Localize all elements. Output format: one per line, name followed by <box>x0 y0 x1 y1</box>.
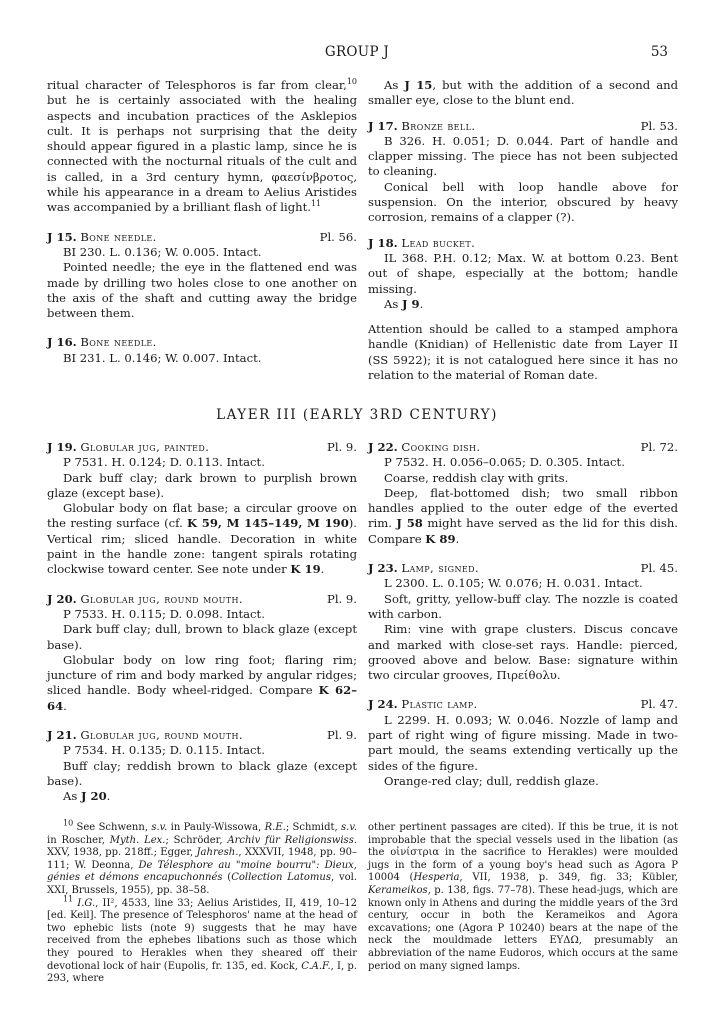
text: . <box>107 789 111 803</box>
catalog-entry-j23: J 23. Lamp, signed. Pl. 45. L 2300. L. 0… <box>368 561 678 683</box>
text: As <box>384 297 402 311</box>
cross-ref[interactable]: J 58 <box>396 516 422 530</box>
cross-ref[interactable]: J 9 <box>402 297 420 311</box>
text: Kerameikos <box>368 885 428 896</box>
entry-name: Bone needle. <box>80 335 156 349</box>
text: As <box>63 789 81 803</box>
catalog-entry-j15: J 15. Bone needle. Pl. 56. BI 230. L. 0.… <box>47 230 357 322</box>
entry-catalog: P 7534. H. 0.135; D. 0.115. Intact. <box>47 743 357 758</box>
cross-ref[interactable]: K 89 <box>425 532 455 546</box>
entry-description: Conical bell with loop handle above for … <box>368 180 678 226</box>
bottom-left-column: J 19. Globular jug, painted. Pl. 9. P 75… <box>47 440 357 805</box>
plate-ref: Pl. 9. <box>327 440 357 455</box>
entry-number: J 22. <box>368 440 398 454</box>
text: s.v. <box>151 822 167 833</box>
catalog-entry-j19: J 19. Globular jug, painted. Pl. 9. P 75… <box>47 440 357 578</box>
entry-catalog: L 2300. L. 0.105; W. 0.076; H. 0.031. In… <box>368 576 678 591</box>
entry-fabric: Dark buff clay; dark brown to purplish b… <box>47 471 357 502</box>
bottom-right-column: J 22. Cooking dish. Pl. 72. P 7532. H. 0… <box>368 440 678 789</box>
entry-as-note: As J 9. <box>368 297 678 312</box>
entry-heading: J 24. Plastic lamp. Pl. 47. <box>368 697 678 712</box>
footnote-number: 11 <box>63 894 73 903</box>
text: XXV, 1938, pp. 218ff.; Egger, <box>47 847 197 858</box>
text: ritual character of Telesphoros is far f… <box>47 78 347 92</box>
plate-ref: Pl. 45. <box>641 561 678 576</box>
entry-description: Rim: vine with grape clusters. Discus co… <box>368 622 678 683</box>
text: Jahresh. <box>197 847 239 858</box>
text: ( <box>223 872 232 883</box>
entry-number: J 21. <box>47 728 77 742</box>
text: ; Schmidt, <box>286 822 341 833</box>
entry-number: J 18. <box>368 236 398 250</box>
telesphoros-paragraph: ritual character of Telesphoros is far f… <box>47 78 357 216</box>
section-heading: LAYER III (EARLY 3RD CENTURY) <box>0 407 714 423</box>
entry-name: Lamp, signed. <box>401 561 479 575</box>
entry-heading: J 21. Globular jug, round mouth. Pl. 9. <box>47 728 357 743</box>
text: I.G. <box>77 898 95 909</box>
catalog-entry-j24: J 24. Plastic lamp. Pl. 47. L 2299. H. 0… <box>368 697 678 789</box>
plate-ref: Pl. 9. <box>327 592 357 607</box>
entry-name: Globular jug, round mouth. <box>80 592 243 606</box>
catalog-entry-j16: J 16. Bone needle. BI 231. L. 0.146; W. … <box>47 335 357 366</box>
entry-number: J 16. <box>47 335 77 349</box>
text: . <box>321 562 325 576</box>
entry-catalog: B 326. H. 0.051; D. 0.044. Part of handl… <box>368 134 678 180</box>
catalog-entry-j21: J 21. Globular jug, round mouth. Pl. 9. … <box>47 728 357 804</box>
footnotes-left: 10 See Schwenn, s.v. in Pauly-Wissowa, R… <box>47 822 357 986</box>
text: . <box>420 297 424 311</box>
entry-catalog: P 7532. H. 0.056–0.065; D. 0.305. Intact… <box>368 455 678 470</box>
page-title: GROUP J <box>0 44 714 60</box>
text: s.v. <box>341 822 357 833</box>
catalog-entry-j20: J 20. Globular jug, round mouth. Pl. 9. … <box>47 592 357 714</box>
entry-catalog: IL 368. P.H. 0.12; Max. W. at bottom 0.2… <box>368 251 678 297</box>
entry-catalog: BI 231. L. 0.146; W. 0.007. Intact. <box>47 351 357 366</box>
entry-fabric: Orange-red clay; dull, reddish glaze. <box>368 774 678 789</box>
j16-note: As J 15, but with the addition of a seco… <box>368 78 678 109</box>
entry-number: J 19. <box>47 440 77 454</box>
text: . <box>63 699 67 713</box>
entry-name: Globular jug, painted. <box>80 440 209 454</box>
plate-ref: Pl. 47. <box>641 697 678 712</box>
text: . <box>456 532 460 546</box>
entry-name: Plastic lamp. <box>401 697 477 711</box>
entry-catalog: BI 230. L. 0.136; W. 0.005. Intact. <box>47 245 357 260</box>
text: , p. 138, figs. 77–78). These head-jugs,… <box>368 885 678 972</box>
footnote-ref-11[interactable]: 11 <box>311 200 321 209</box>
footnote-10: 10 See Schwenn, s.v. in Pauly-Wissowa, R… <box>47 822 357 898</box>
entry-number: J 24. <box>368 697 398 711</box>
text: in Pauly-Wissowa, <box>167 822 264 833</box>
entry-name: Bronze bell. <box>401 119 475 133</box>
entry-number: J 17. <box>368 119 398 133</box>
cross-ref[interactable]: J 20 <box>81 789 107 803</box>
catalog-entry-j17: J 17. Bronze bell. Pl. 53. B 326. H. 0.0… <box>368 119 678 226</box>
entry-name: Bone needle. <box>80 230 156 244</box>
entry-description: Pointed needle; the eye in the flattened… <box>47 260 357 321</box>
text: Hesperia <box>413 872 459 883</box>
running-head: GROUP J 53 <box>0 44 714 64</box>
footnote-ref-10[interactable]: 10 <box>347 77 357 86</box>
entry-heading: J 17. Bronze bell. Pl. 53. <box>368 119 678 134</box>
text: R.E. <box>265 822 286 833</box>
text: ; Schröder, <box>165 835 227 846</box>
entry-heading: J 22. Cooking dish. Pl. 72. <box>368 440 678 455</box>
entry-fabric: Coarse, reddish clay with grits. <box>368 471 678 486</box>
entry-number: J 15. <box>47 230 77 244</box>
entry-heading: J 18. Lead bucket. <box>368 236 678 251</box>
entry-name: Cooking dish. <box>401 440 480 454</box>
text: Archiv für Religionswiss. <box>227 835 357 846</box>
text: , VII, 1938, p. 349, fig. 33; Kübler, <box>459 872 678 883</box>
entry-heading: J 19. Globular jug, painted. Pl. 9. <box>47 440 357 455</box>
entry-fabric: Buff clay; reddish brown to black glaze … <box>47 759 357 790</box>
entry-heading: J 15. Bone needle. Pl. 56. <box>47 230 357 245</box>
text: C.A.F. <box>301 961 330 972</box>
entry-heading: J 20. Globular jug, round mouth. Pl. 9. <box>47 592 357 607</box>
entry-catalog: P 7531. H. 0.124; D. 0.113. Intact. <box>47 455 357 470</box>
cross-ref[interactable]: K 19 <box>290 562 320 576</box>
text: See Schwenn, <box>73 822 151 833</box>
catalog-entry-j18: J 18. Lead bucket. IL 368. P.H. 0.12; Ma… <box>368 236 678 312</box>
top-left-column: ritual character of Telesphoros is far f… <box>47 78 357 366</box>
cross-ref[interactable]: J 15 <box>404 78 432 92</box>
entry-heading: J 16. Bone needle. <box>47 335 357 350</box>
plate-ref: Pl. 72. <box>641 440 678 455</box>
entry-number: J 20. <box>47 592 77 606</box>
cross-ref[interactable]: K 59, M 145–149, M 190 <box>187 516 349 530</box>
entry-heading: J 23. Lamp, signed. Pl. 45. <box>368 561 678 576</box>
attention-note: Attention should be called to a stamped … <box>368 322 678 383</box>
entry-fabric: Dark buff clay; dull, brown to black gla… <box>47 622 357 653</box>
entry-as-note: As J 20. <box>47 789 357 804</box>
entry-description: Globular body on flat base; a circular g… <box>47 501 357 577</box>
top-right-column: As J 15, but with the addition of a seco… <box>368 78 678 383</box>
plate-ref: Pl. 56. <box>320 230 357 245</box>
entry-catalog: L 2299. H. 0.093; W. 0.046. Nozzle of la… <box>368 713 678 774</box>
plate-ref: Pl. 53. <box>641 119 678 134</box>
text: but he is certainly associated with the … <box>47 93 357 214</box>
footnote-11: 11 I.G., II², 4533, line 33; Aelius Aris… <box>47 898 357 986</box>
footnotes-right: other pertinent passages are cited). If … <box>368 822 678 973</box>
footnote-number: 10 <box>63 819 73 828</box>
entry-name: Globular jug, round mouth. <box>80 728 243 742</box>
entry-name: Lead bucket. <box>401 236 475 250</box>
entry-description: Globular body on low ring foot; flaring … <box>47 653 357 714</box>
footnote-11-continued: other pertinent passages are cited). If … <box>368 822 678 973</box>
entry-description: Deep, flat-bottomed dish; two small ribb… <box>368 486 678 547</box>
page-number: 53 <box>651 44 668 60</box>
entry-fabric: Soft, gritty, yellow-buff clay. The nozz… <box>368 592 678 623</box>
entry-number: J 23. <box>368 561 398 575</box>
text: Myth. Lex. <box>110 835 166 846</box>
text: Globular body on low ring foot; flaring … <box>47 653 357 698</box>
plate-ref: Pl. 9. <box>327 728 357 743</box>
text: in Roscher, <box>47 835 110 846</box>
catalog-entry-j22: J 22. Cooking dish. Pl. 72. P 7532. H. 0… <box>368 440 678 547</box>
entry-catalog: P 7533. H. 0.115; D. 0.098. Intact. <box>47 607 357 622</box>
text: As <box>384 78 404 92</box>
text: Collection Latomus <box>231 872 331 883</box>
